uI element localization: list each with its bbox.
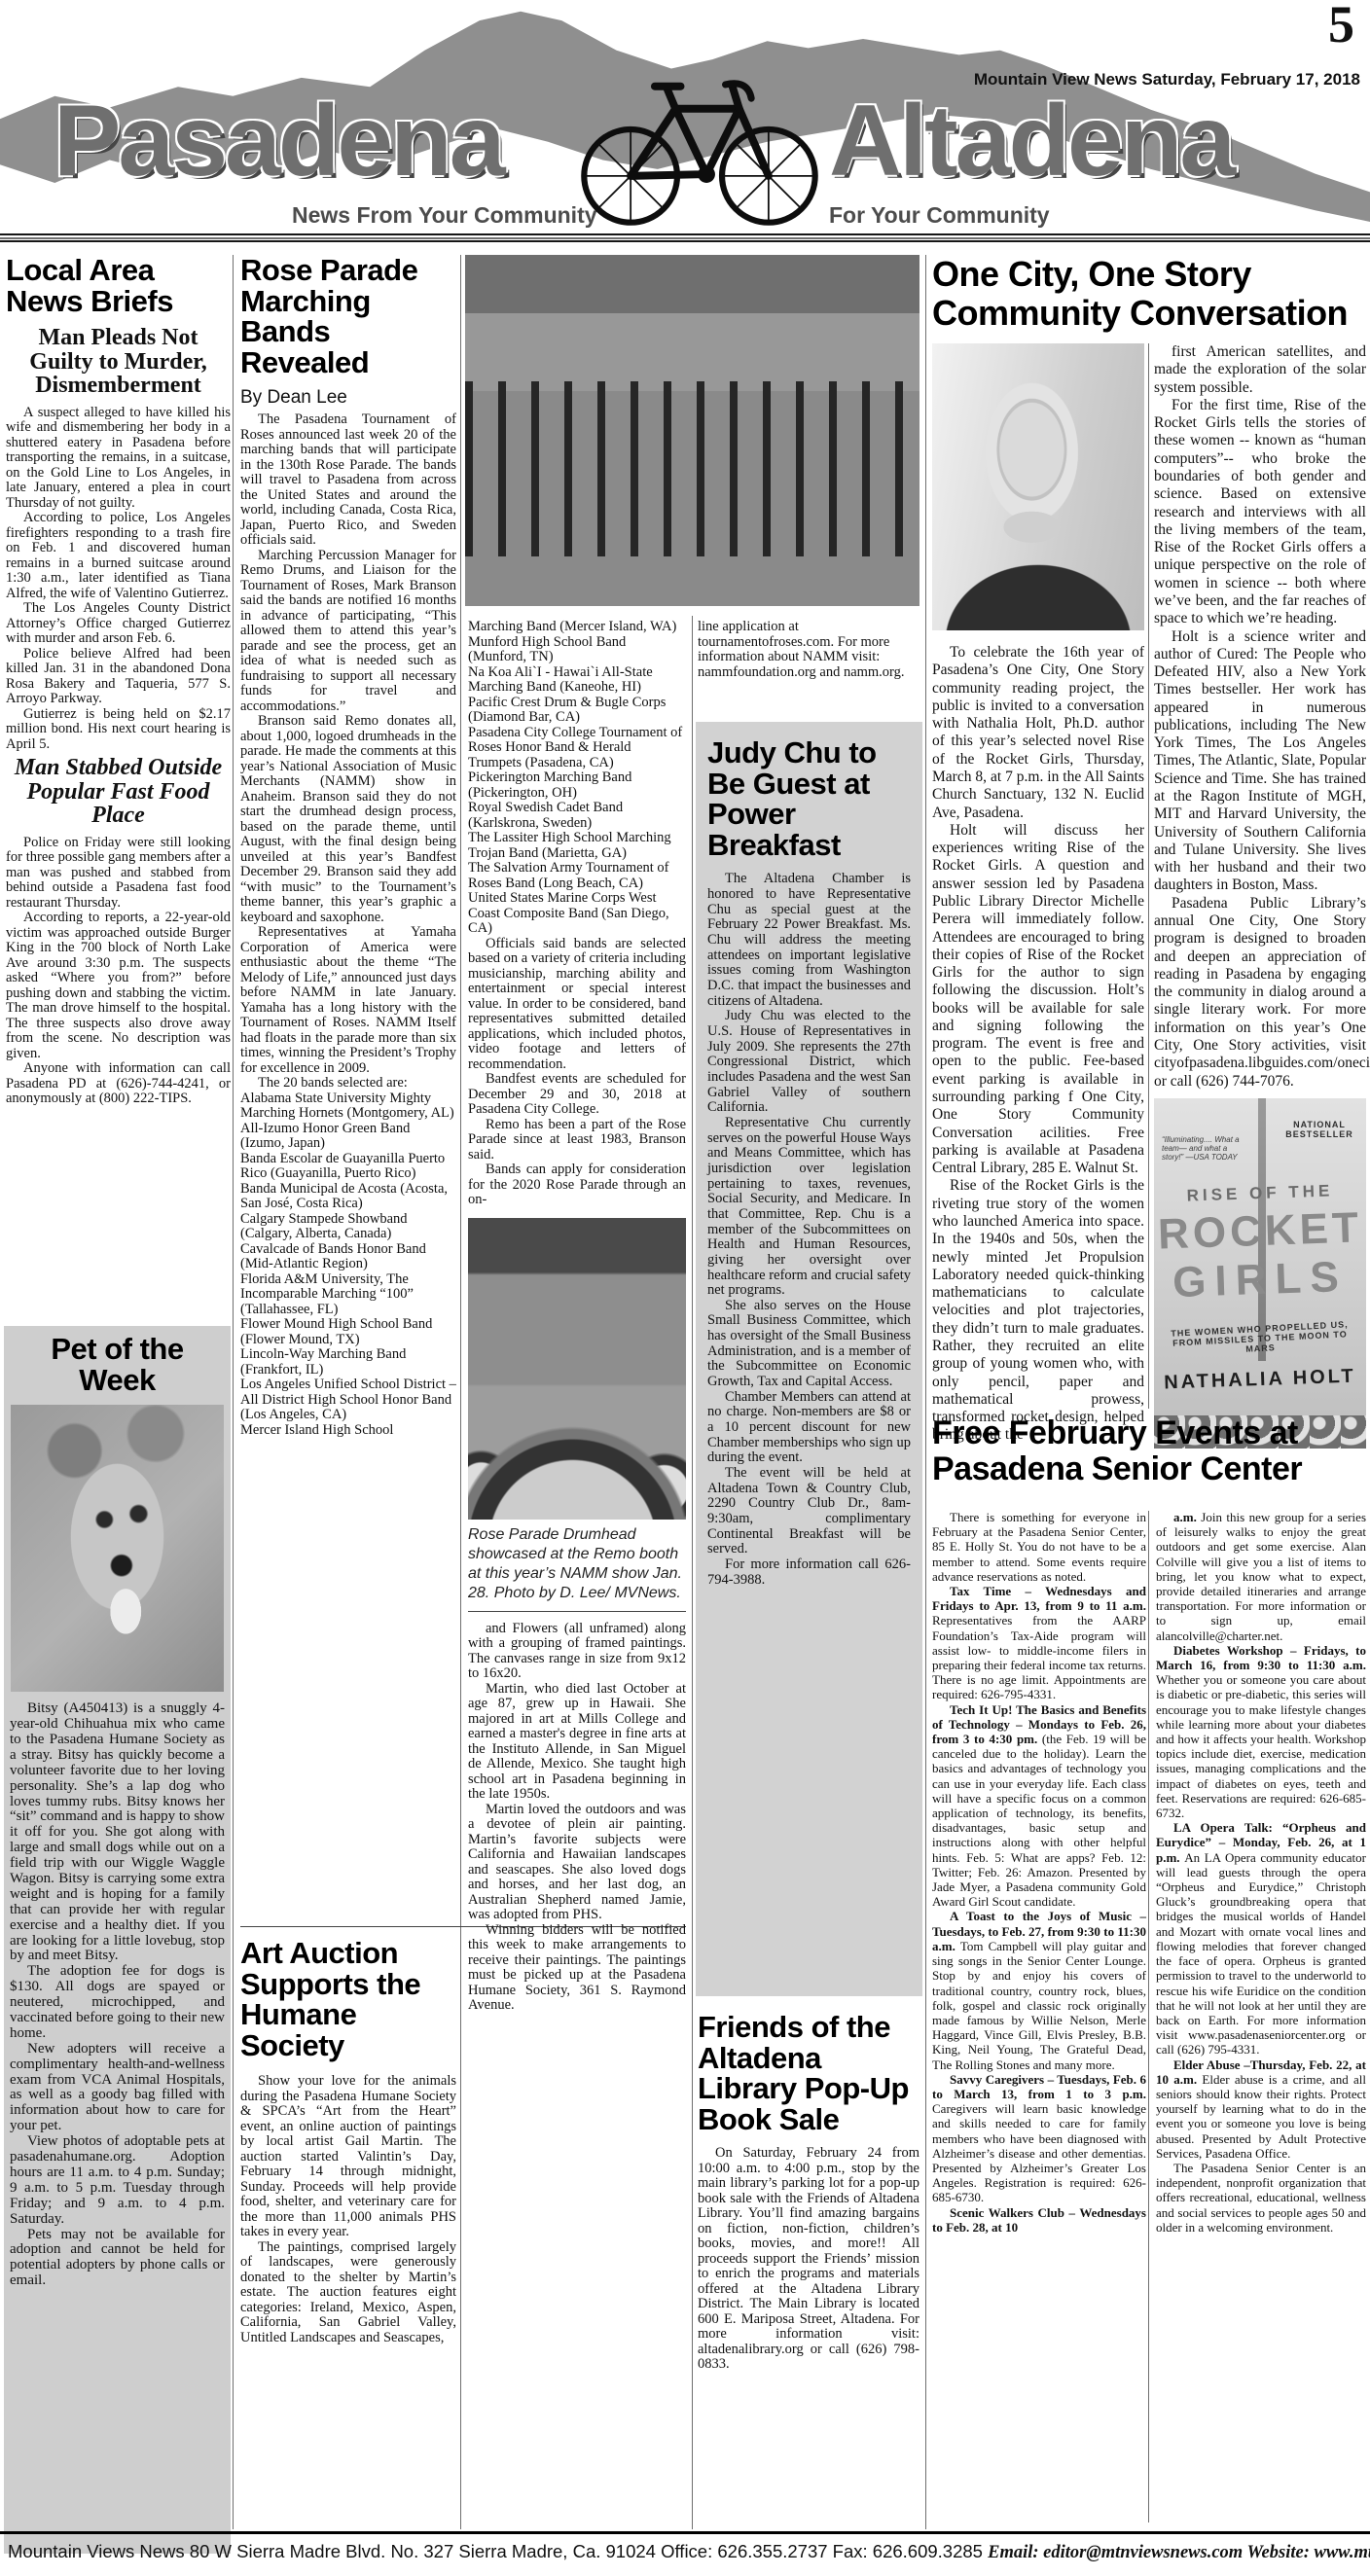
event-paragraph: Diabetes Workshop – Fridays, to March 16… [1156, 1643, 1366, 1820]
paragraph: According to police, Los Angeles firefig… [6, 511, 231, 601]
paragraph: The paintings, comprised largely of land… [240, 2240, 456, 2346]
paragraph: For the first time, Rise of the Rocket G… [1154, 397, 1366, 628]
story-body: first American satellites, and made the … [1154, 343, 1366, 1091]
paragraph: Anyone with information can call Pasaden… [6, 1061, 231, 1107]
bicycle-icon [569, 47, 830, 228]
one-city-left-column: To celebrate the 16th year of Pasadena’s… [932, 343, 1144, 1445]
senior-center-left-column: There is something for everyone in Febru… [932, 1510, 1146, 2235]
paragraph: The Altadena Chamber is honored to have … [707, 872, 911, 1009]
paragraph: Pets may not be available for adoption a… [10, 2228, 225, 2290]
event-paragraph: The Pasadena Senior Center is an indepen… [1156, 2161, 1366, 2235]
footer-website: www.mtnviewsnews.com [1310, 2543, 1370, 2562]
paragraph: Judy Chu was elected to the U.S. House o… [707, 1009, 911, 1116]
book-title-line3: GIRLS [1154, 1252, 1366, 1308]
footer-email: editor@mtnviewsnews.com [1039, 2543, 1247, 2562]
story-body: Show your love for the animals during th… [240, 2074, 456, 2345]
band-list-item: Mercer Island High School [240, 1423, 456, 1439]
paragraph: Pasadena Public Library’s annual One Cit… [1154, 895, 1366, 1091]
paragraph: Remo has been a part of the Rose Parade … [468, 1118, 686, 1163]
footer: Mountain Views News 80 W Sierra Madre Bl… [8, 2541, 1366, 2563]
footer-email-label: Email: [988, 2543, 1038, 2562]
pet-dog-photo [11, 1405, 224, 1692]
paragraph: Bandfest events are scheduled for Decemb… [468, 1072, 686, 1118]
article-one-city-one-story: One City, One Story Community Conversati… [932, 255, 1366, 332]
story-body: Officials said bands are selected based … [468, 937, 686, 1208]
event-paragraph: Elder Abuse –Thursday, Feb. 22, at 10 a.… [1156, 2057, 1366, 2161]
band-list-item: Los Angeles Unified School District – Al… [240, 1377, 456, 1423]
story-headline: Man Pleads Not Guilty to Murder, Dismemb… [6, 326, 231, 397]
article-title: One City, One Story Community Conversati… [932, 255, 1366, 332]
senior-center-right-column: a.m. Join this new group for a series of… [1156, 1510, 1366, 2235]
article-judy-chu-box: Judy Chu to Be Guest at Power Breakfast … [696, 722, 922, 1996]
masthead-title-pasadena: Pasadena [54, 84, 503, 199]
story-body: The Altadena Chamber is honored to have … [707, 872, 911, 1588]
story-body: There is something for everyone in Febru… [932, 1510, 1146, 2235]
band-list-item: Florida A&M University, The Incomparable… [240, 1272, 456, 1318]
article-title-senior-center: Free February Events at Pasadena Senior … [932, 1415, 1366, 1488]
paragraph: Martin loved the outdoors and was a devo… [468, 1803, 686, 1923]
rise-of-the-rocket-girls-book-cover: “Illuminating.... What a team— and what … [1154, 1098, 1366, 1449]
story-headline: Man Stabbed Outside Popular Fast Food Pl… [6, 756, 231, 827]
event-paragraph: Scenic Walkers Club – Wednesdays to Feb.… [932, 2205, 1146, 2235]
band-list-item: Cavalcade of Bands Honor Band (Mid-Atlan… [240, 1242, 456, 1272]
art-auction-continued: and Flowers (all unframed) along with a … [468, 1611, 686, 2014]
column-rule [1148, 1511, 1149, 2522]
footer-website-label: Website: [1246, 2543, 1309, 2562]
column-rule [233, 255, 234, 2529]
event-paragraph: a.m. Join this new group for a series of… [1156, 1510, 1366, 1643]
one-city-right-column: first American satellites, and made the … [1154, 343, 1366, 1449]
article-rose-parade: Rose Parade Marching Bands Revealed By D… [240, 255, 456, 1438]
paragraph: The 20 bands selected are: [240, 1076, 456, 1091]
book-subtitle: THE WOMEN WHO PROPELLED US, FROM MISSILE… [1159, 1318, 1360, 1358]
band-list: Marching Band (Mercer Island, WA)Munford… [468, 620, 686, 937]
paragraph: Police on Friday were still looking for … [6, 836, 231, 912]
event-paragraph: LA Opera Talk: “Orpheus and Eurydice” – … [1156, 1820, 1366, 2057]
article-title: Art Auction Supports the Humane Society [240, 1938, 456, 2060]
column-rule [460, 255, 461, 2529]
band-list-item: The Salvation Army Tournament of Roses B… [468, 861, 686, 891]
column-rule [1148, 343, 1149, 1409]
event-paragraph: Tax Time – Wednesdays and Fridays to Apr… [932, 1584, 1146, 1702]
newspaper-page: 5 Mountain View News Saturday, February … [0, 0, 1370, 2576]
paragraph: Officials said bands are selected based … [468, 937, 686, 1073]
band-list-item: Pickerington Marching Band (Pickerington… [468, 770, 686, 801]
story-body: A suspect alleged to have killed his wif… [6, 406, 231, 753]
band-list-item: Alabama State University Mighty Marching… [240, 1091, 456, 1122]
paragraph: line application at tournamentofroses.co… [698, 620, 919, 680]
footer-info: Mountain Views News 80 W Sierra Madre Bl… [8, 2541, 988, 2561]
story-body: Bitsy (A450413) is a snuggly 4-year-old … [10, 1701, 225, 2289]
story-body: and Flowers (all unframed) along with a … [468, 1622, 686, 2014]
header-divider-rule [0, 233, 1370, 247]
band-list-item: Calgary Stampede Showband (Calgary, Albe… [240, 1212, 456, 1242]
event-paragraph: Savvy Caregivers – Tuesdays, Feb. 6 to M… [932, 2072, 1146, 2205]
band-list-item: Royal Swedish Cadet Band (Karlskrona, Sw… [468, 801, 686, 831]
paragraph: On Saturday, February 24 from 10:00 a.m.… [698, 2146, 919, 2373]
paragraph: Bands can apply for consideration for th… [468, 1163, 686, 1208]
story-body: To celebrate the 16th year of Pasadena’s… [932, 644, 1144, 1445]
band-list-item: Pasadena City College Tournament of Rose… [468, 726, 686, 771]
story-body: The Pasadena Tournament of Roses announc… [240, 412, 456, 1091]
band-list-item: Lincoln-Way Marching Band (Frankfort, IL… [240, 1347, 456, 1377]
paragraph: Martin, who died last October at age 87,… [468, 1682, 686, 1803]
paragraph: Winning bidders will be notified this we… [468, 1923, 686, 2014]
paragraph: Representatives at Yamaha Corporation of… [240, 925, 456, 1076]
article-rose-parade-continued: Marching Band (Mercer Island, WA)Munford… [468, 620, 686, 2014]
band-list-item: All-Izumo Honor Green Band (Izumo, Japan… [240, 1122, 456, 1152]
marching-band-photo [465, 255, 919, 606]
band-list-item: The Lassiter High School Marching Trojan… [468, 831, 686, 861]
paragraph: Bitsy (A450413) is a snuggly 4-year-old … [10, 1701, 225, 1964]
band-list-item: Pacific Crest Drum & Bugle Corps (Diamon… [468, 696, 686, 726]
band-list-item: Marching Band (Mercer Island, WA) [468, 620, 686, 635]
story-body: Police on Friday were still looking for … [6, 836, 231, 1107]
paragraph: Holt will discuss her experiences writin… [932, 822, 1144, 1178]
paragraph: The event will be held at Altadena Town … [707, 1466, 911, 1557]
article-title: Friends of the Altadena Library Pop-Up B… [698, 2012, 919, 2134]
book-cover-quote: “Illuminating.... What a team— and what … [1162, 1135, 1249, 1162]
pet-of-the-week-box: Pet of the Week Bitsy (A450413) is a snu… [4, 1326, 231, 2554]
band-list-item: Na Koa Ali`I - Hawai`i All-State Marchin… [468, 665, 686, 696]
column-rule [692, 616, 693, 2529]
masthead-dateline: Mountain View News Saturday, February 17… [974, 70, 1360, 89]
article-title: Judy Chu to Be Guest at Power Breakfast [707, 737, 911, 860]
book-author: NATHALIA HOLT [1154, 1365, 1366, 1395]
band-list-item: Banda Municipal de Acosta (Acosta, San J… [240, 1182, 456, 1212]
paragraph: View photos of adoptable pets at pasaden… [10, 2134, 225, 2227]
book-title-line1: RISE OF THE [1154, 1180, 1366, 1207]
rose-parade-jump-text: line application at tournamentofroses.co… [698, 620, 919, 680]
band-list-item: Munford High School Band (Munford, TN) [468, 635, 686, 665]
band-list: Alabama State University Mighty Marching… [240, 1091, 456, 1439]
event-paragraph: Tech It Up! The Basics and Benefits of T… [932, 1702, 1146, 1910]
byline: By Dean Lee [240, 387, 456, 409]
paragraph: A suspect alleged to have killed his wif… [6, 406, 231, 512]
paragraph: Rise of the Rocket Girls is the riveting… [932, 1177, 1144, 1444]
paragraph: To celebrate the 16th year of Pasadena’s… [932, 644, 1144, 822]
paragraph: first American satellites, and made the … [1154, 343, 1366, 397]
article-library-book-sale: Friends of the Altadena Library Pop-Up B… [698, 2012, 919, 2373]
masthead-tagline-left: News From Your Community [292, 202, 597, 229]
photo-caption: Rose Parade Drumhead showcased at the Re… [468, 1525, 686, 1603]
column-rule [925, 255, 926, 2529]
article-title: Local Area News Briefs [6, 255, 231, 316]
footer-rule [0, 2531, 1370, 2534]
article-art-auction: Art Auction Supports the Humane Society … [240, 1938, 456, 2345]
band-list-item: Banda Escolar de Guayanilla Puerto Rico … [240, 1152, 456, 1182]
paragraph: New adopters will receive a complimentar… [10, 2042, 225, 2134]
paragraph: Chamber Members can attend at no charge.… [707, 1390, 911, 1466]
paragraph: Gutierrez is being held on $2.17 million… [6, 707, 231, 753]
remo-booth-drum-photo [468, 1218, 686, 1520]
story-body: On Saturday, February 24 from 10:00 a.m.… [698, 2146, 919, 2373]
paragraph: Branson said Remo donates all, about 1,0… [240, 714, 456, 925]
masthead-tagline-right: For Your Community [829, 202, 1050, 229]
paragraph: Show your love for the animals during th… [240, 2074, 456, 2240]
book-title-line2: ROCKET [1154, 1203, 1366, 1260]
event-paragraph: There is something for everyone in Febru… [932, 1510, 1146, 1584]
band-list-item: United States Marine Corps West Coast Co… [468, 891, 686, 937]
paragraph: The Los Angeles County District Attorney… [6, 601, 231, 647]
paragraph: Marching Percussion Manager for Remo Dru… [240, 549, 456, 715]
paragraph: The Pasadena Tournament of Roses announc… [240, 412, 456, 549]
paragraph: and Flowers (all unframed) along with a … [468, 1622, 686, 1682]
paragraph: The adoption fee for dogs is $130. All d… [10, 1964, 225, 2041]
paragraph: She also serves on the House Small Busin… [707, 1299, 911, 1390]
band-list-item: Flower Mound High School Band (Flower Mo… [240, 1317, 456, 1347]
story-body: a.m. Join this new group for a series of… [1156, 1510, 1366, 2235]
paragraph: Representative Chu currently serves on t… [707, 1116, 911, 1299]
article-title: Rose Parade Marching Bands Revealed [240, 255, 456, 377]
page-number: 5 [1328, 0, 1354, 54]
masthead-title-altadena: Altadena [829, 84, 1233, 199]
article-local-news-briefs: Local Area News Briefs Man Pleads Not Gu… [6, 255, 231, 1107]
paragraph: According to reports, a 22-year-old vict… [6, 911, 231, 1061]
article-title: Pet of the Week [10, 1334, 225, 1395]
paragraph: For more information call 626-794-3988. [707, 1557, 911, 1588]
paragraph: Holt is a science writer and author of C… [1154, 628, 1366, 895]
book-cover-badge: NATIONAL BESTSELLER [1280, 1120, 1358, 1139]
event-paragraph: A Toast to the Joys of Music – Tuesdays,… [932, 1909, 1146, 2071]
paragraph: Police believe Alfred had been killed Ja… [6, 647, 231, 707]
nathalia-holt-headshot-photo [932, 343, 1144, 630]
